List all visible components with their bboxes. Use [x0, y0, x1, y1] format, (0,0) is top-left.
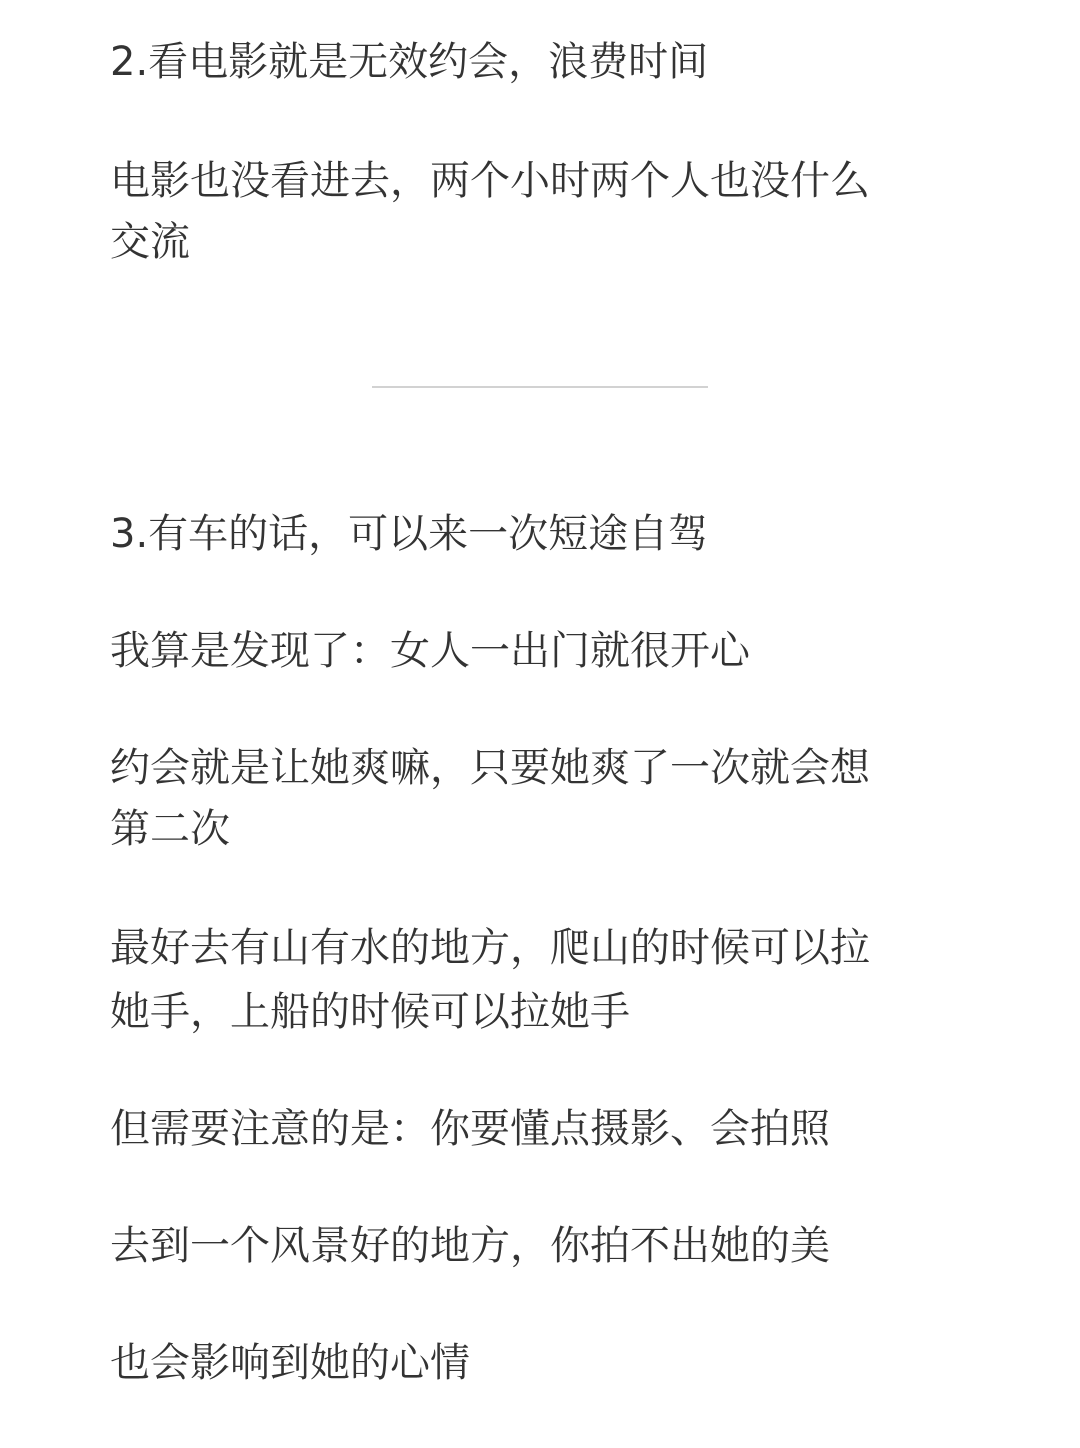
- paragraph-line: 第二次: [110, 800, 230, 858]
- section-heading-2: 2.看电影就是无效约会，浪费时间: [110, 33, 708, 91]
- paragraph-line: 交流: [110, 213, 190, 271]
- section-divider: [372, 386, 708, 388]
- section-heading-3: 3.有车的话，可以来一次短途自驾: [110, 505, 708, 563]
- paragraph-line: 去到一个风景好的地方，你拍不出她的美: [110, 1217, 830, 1275]
- paragraph-line: 也会影响到她的心情: [110, 1334, 470, 1392]
- paragraph-line: 但需要注意的是：你要懂点摄影、会拍照: [110, 1100, 830, 1158]
- paragraph-line: 电影也没看进去，两个小时两个人也没什么: [110, 152, 870, 210]
- paragraph-line: 她手，上船的时候可以拉她手: [110, 983, 630, 1041]
- paragraph-line: 最好去有山有水的地方，爬山的时候可以拉: [110, 919, 870, 977]
- paragraph-line: 我算是发现了：女人一出门就很开心: [110, 622, 750, 680]
- paragraph-line: 约会就是让她爽嘛，只要她爽了一次就会想: [110, 739, 870, 797]
